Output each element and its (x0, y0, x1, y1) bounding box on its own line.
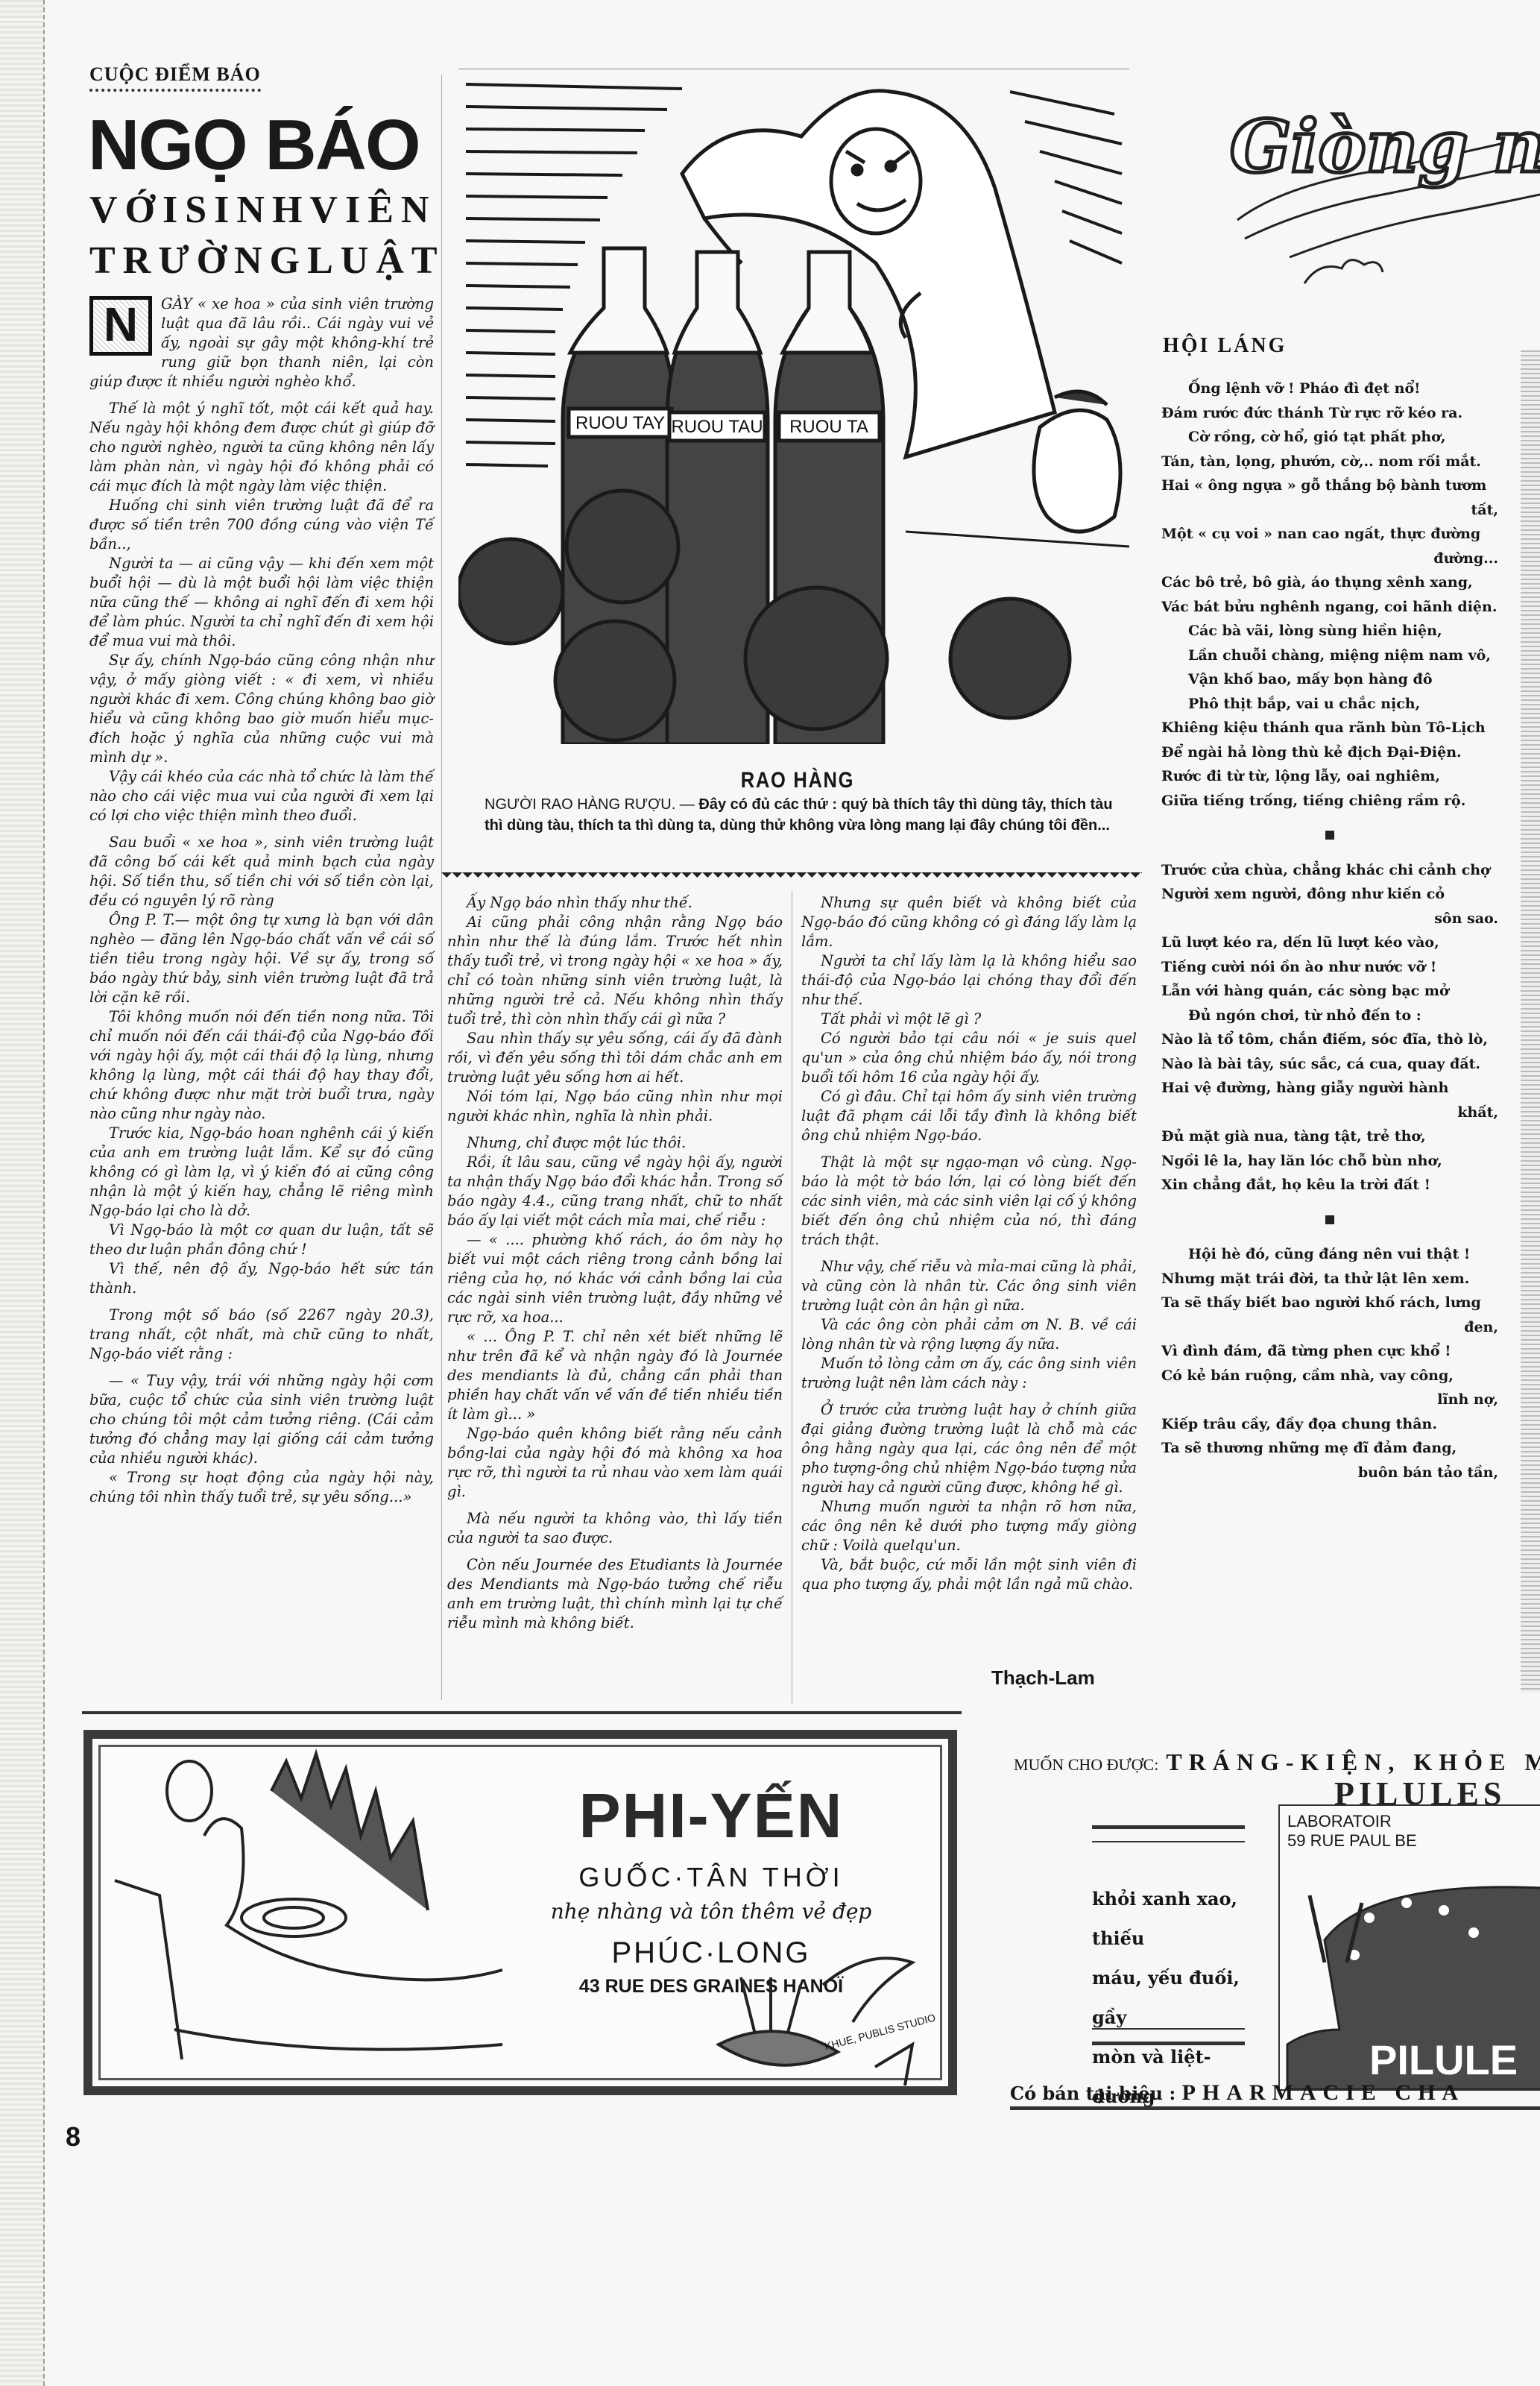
square-ornament-icon (1325, 831, 1334, 840)
subhead-word: LUẬT (307, 239, 444, 283)
column-divider (441, 75, 442, 1700)
poem-line: Ngồi lê la, hay lăn lóc chỗ bùn nhơ, (1161, 1149, 1498, 1174)
stanza-separator (1161, 823, 1498, 848)
wine-seller-cartoon-drawing: RUOU TAY RUOU TAU RUOU TA (458, 69, 1129, 744)
sold-at-line: Có bán tại hiệu : PHARMACIE CHA (1010, 2080, 1465, 2106)
paragraph: Nhưng sự quên biết và không biết của Ngọ… (801, 893, 1137, 951)
paragraph: Có gì đâu. Chỉ tại hôm ấy sinh viên trườ… (801, 1087, 1137, 1145)
paragraph: Và các ông còn phải cảm ơn N. B. về cái … (801, 1315, 1137, 1354)
ad-bottom-rule (1010, 2106, 1540, 2110)
paragraph: Ở trước cửa trường luật hay ở chính giữa… (801, 1400, 1137, 1497)
lab-name: LABORATOIR (1287, 1812, 1417, 1831)
cartoon-caption: NGƯỜI RAO HÀNG RƯỢU. — Đây có đủ các thứ… (485, 794, 1114, 836)
subhead-word: VIÊN (309, 188, 436, 232)
article-subhead-line-2: TRƯỜNG LUẬT (89, 239, 434, 283)
ad-product-name: GUỐC·TÂN THỜI (510, 1862, 912, 1893)
poem-line: Để ngài hả lòng thù kẻ địch Đại-Điện. (1161, 740, 1498, 765)
poem-line: Cờ rồng, cờ hổ, gió tạt phất phơ, (1161, 425, 1498, 450)
poem-line: Trước cửa chùa, chẳng khác chi cảnh chợ (1161, 858, 1498, 883)
pharmacy-name: PHARMACIE CHA (1182, 2080, 1465, 2105)
poem-title: HỘI LÁNG (1163, 334, 1287, 358)
paragraph: Sự ấy, chính Ngọ-báo cũng công nhận như … (89, 651, 434, 767)
cartoon-title: RAO HÀNG (513, 768, 1083, 793)
poem-line: Đủ mặt già nua, tàng tật, trẻ thơ, (1161, 1124, 1498, 1149)
poem-line: Phô thịt bắp, vai u chắc nịch, (1161, 692, 1498, 717)
drop-cap: N (89, 296, 152, 356)
paragraph: Người ta — ai cũng vậy — khi đến xem một… (89, 554, 434, 651)
poem-line: sôn sao. (1161, 907, 1498, 931)
paragraph: « ... Ông P. T. chỉ nên xét biết những l… (447, 1327, 783, 1424)
pilules-rule-top (1092, 1825, 1245, 1842)
paragraph: Trong một số báo (số 2267 ngày 20.3), tr… (89, 1306, 434, 1364)
poem-line: Vận khố bao, mấy bọn hàng đô (1161, 667, 1498, 692)
paragraph: Nhưng muốn người ta nhận rõ hơn nữa, các… (801, 1497, 1137, 1555)
poem-line: Kiếp trâu cầy, đầy đọa chung thân. (1161, 1412, 1498, 1437)
page-number: 8 (66, 2121, 81, 2153)
paragraph: — « Tuy vậy, trái với những ngày hội cơm… (89, 1371, 434, 1468)
paragraph: Có người bảo tại câu nói « je suis quel … (801, 1029, 1137, 1087)
poem-line: Vì đình đám, đã từng phen cực khổ ! (1161, 1339, 1498, 1364)
paragraph: Và, bắt buộc, cứ mỗi lần một sinh viên đ… (801, 1555, 1137, 1594)
caption-speaker: NGƯỜI RAO HÀNG RƯỢU. — (485, 796, 695, 813)
poem-line: khất, (1161, 1101, 1498, 1125)
paragraph: Rồi, ít lâu sau, cũng về ngày hội ấy, ng… (447, 1153, 783, 1230)
poem-line: Nào là bài tây, súc sắc, cá cua, quay đấ… (1161, 1052, 1498, 1077)
poem-line: Ta sẽ thấy biết bao người khố rách, lưng (1161, 1291, 1498, 1315)
ad-brand-name: PHI-YẾN (525, 1780, 897, 1852)
poem-line: Ta sẽ thương những mẹ đĩ đảm đang, (1161, 1436, 1498, 1461)
poem-line: Đủ ngón chơi, từ nhỏ đến to : (1161, 1004, 1498, 1028)
script-title-lettering: Giòng nước (1222, 89, 1540, 298)
laboratory-text: LABORATOIR 59 RUE PAUL BE (1287, 1812, 1417, 1851)
ad-top-rule (82, 1711, 962, 1714)
bottle-label: RUOU TAU (671, 417, 763, 437)
cartoon-illustration: RUOU TAY RUOU TAU RUOU TA (458, 69, 1129, 744)
poem-line: Lần chuỗi chàng, miệng niệm nam vô, (1161, 643, 1498, 668)
poem-line: Người xem người, đông như kiến cỏ (1161, 882, 1498, 907)
paragraph: Thế là một ý nghĩ tốt, một cái kết quả h… (89, 399, 434, 496)
poem-line: Tán, tàn, lọng, phướn, cờ,.. nom rối mắt… (1161, 450, 1498, 474)
poem-line: Hội hè đó, cũng đáng nên vui thật ! (1161, 1242, 1498, 1267)
poem-line: Nhưng mặt trái đời, ta thử lật lên xem. (1161, 1267, 1498, 1291)
author-byline: Thạch-Lam (991, 1666, 1095, 1690)
paragraph: « Trong sự hoạt động của ngày hội này, c… (89, 1468, 434, 1507)
poem-line: Đám rước đức thánh Từ rực rỡ kéo ra. (1161, 401, 1498, 426)
paragraph: Tất phải vì một lẽ gì ? (801, 1010, 1137, 1029)
pilules-ad-headline: MUỐN CHO ĐƯỢC:TRÁNG-KIỆN, KHỎE MẠ (1014, 1748, 1540, 1776)
pilules-product-box: LABORATOIR 59 RUE PAUL BE PILULE (1278, 1804, 1540, 2091)
paragraph: Tôi không muốn nói đến tiền nong nữa. Tô… (89, 1007, 434, 1124)
bottle-label: RUOU TA (789, 417, 868, 437)
poem-line: Ống lệnh vỡ ! Pháo đì đẹt nổ! (1161, 377, 1498, 401)
poem-line: Lẫn với hàng quán, các sòng bạc mở (1161, 979, 1498, 1004)
flower-swallow-illustration (629, 1955, 927, 2089)
poem-line: đen, (1161, 1315, 1498, 1340)
benefit-line: máu, yếu đuối, gầy (1092, 1958, 1249, 2037)
paragraph: Ông P. T.— một ông tự xưng là bạn với dâ… (89, 910, 434, 1007)
zigzag-divider (441, 872, 1142, 883)
poem-line: buôn bán tảo tần, (1161, 1461, 1498, 1485)
paragraph: Sau nhìn thấy sự yêu sống, cái ấy đã đàn… (447, 1029, 783, 1087)
phi-yen-advertisement: PHI-YẾN GUỐC·TÂN THỜI nhẹ nhàng và tôn t… (83, 1730, 957, 2095)
paragraph: Vì Ngọ-báo là một cơ quan dư luận, tất s… (89, 1221, 434, 1259)
paragraph: Vậy cái khéo của các nhà tổ chức là làm … (89, 767, 434, 825)
ad-tagline: nhẹ nhàng và tôn thêm vẻ đẹp (510, 1899, 912, 1924)
paragraph: Ấy Ngọ báo nhìn thấy như thế. (447, 893, 783, 913)
adjacent-page-edge (1521, 350, 1540, 1693)
left-article-body: NGÀY « xe hoa » của sinh viên trường luậ… (89, 295, 434, 1507)
square-ornament-icon (1325, 1215, 1334, 1224)
bottle-label: RUOU TAY (575, 413, 665, 433)
benefit-line: khỏi xanh xao, thiếu (1092, 1879, 1249, 1958)
poem-line: Rước đi từ từ, lộng lẫy, oai nghiêm, (1161, 764, 1498, 789)
paragraph: Vì thế, nên độ ấy, Ngọ-báo hết sức tán t… (89, 1259, 434, 1298)
paragraph: Nói tóm lại, Ngọ báo cũng nhìn như mọi n… (447, 1087, 783, 1126)
column-divider (792, 891, 792, 1704)
paragraph: Trước kia, Ngọ-báo hoan nghênh cái ý kiế… (89, 1124, 434, 1221)
article-headline: NGỌ BÁO (88, 108, 438, 183)
poem-body: Ống lệnh vỡ ! Pháo đì đẹt nổ!Đám rước đứ… (1161, 377, 1498, 1485)
poem-line: Nào là tổ tôm, chắn điếm, sóc đĩa, thò l… (1161, 1027, 1498, 1052)
pilules-benefit-headline: TRÁNG-KIỆN, KHỎE MẠ (1166, 1748, 1540, 1775)
lab-address: 59 RUE PAUL BE (1287, 1831, 1417, 1851)
deer-illustration: PILULE (1280, 1851, 1540, 2089)
woman-reclining-illustration (100, 1746, 517, 2082)
paragraph: Huống chi sinh viên trường luật đã để ra… (89, 496, 434, 554)
poem-line: Lũ lượt kéo ra, dến lũ lượt kéo vào, (1161, 931, 1498, 955)
subhead-word: VỚI (89, 188, 185, 232)
article-subhead-line-1: VỚI SINH VIÊN (89, 188, 434, 232)
paragraph: Nhưng, chỉ được một lúc thôi. (447, 1133, 783, 1153)
script-title-text: Giòng nước (1230, 104, 1540, 189)
poem-line: Các bà vãi, lòng sùng hiền hiện, (1161, 619, 1498, 643)
paragraph: Ngọ-báo quên không biết rằng nếu cảnh bồ… (447, 1424, 783, 1502)
subhead-word: SINH (185, 188, 309, 232)
poem-line: Các bô trẻ, bô già, áo thụng xênh xang, (1161, 570, 1498, 595)
poem-line: Vác bát bửu nghênh ngang, coi hãnh diện. (1161, 595, 1498, 620)
paragraph: Ai cũng phải công nhận rằng Ngọ báo nhìn… (447, 913, 783, 1029)
middle-column-2: Nhưng sự quên biết và không biết của Ngọ… (801, 893, 1137, 1594)
paragraph: Mà nếu người ta không vào, thì lấy tiền … (447, 1509, 783, 1548)
page-binding-edge (0, 0, 45, 2386)
script-section-title: Giòng nước (1222, 89, 1540, 298)
subhead-word: TRƯỜNG (89, 239, 307, 283)
paragraph: Sau buổi « xe hoa », sinh viên trường lu… (89, 833, 434, 910)
poem-line: Hai « ông ngựa » gỗ thắng bộ bành tươm (1161, 473, 1498, 498)
sold-at-label: Có bán tại hiệu : (1010, 2083, 1175, 2104)
poem-line: Một « cụ voi » nan cao ngất, thực đường (1161, 522, 1498, 547)
poem-line: đường... (1161, 547, 1498, 571)
paragraph: Như vậy, chế riễu và mỉa-mai cũng là phả… (801, 1257, 1137, 1315)
paragraph: Thật là một sự ngạo-mạn vô cùng. Ngọ-báo… (801, 1153, 1137, 1250)
poem-line: Khiêng kiệu thánh qua rãnh bùn Tô-Lịch (1161, 716, 1498, 740)
stanza-separator (1161, 1208, 1498, 1233)
poem-line: Xin chẳng đắt, họ kêu la trời đất ! (1161, 1173, 1498, 1197)
poem-line: tất, (1161, 498, 1498, 523)
poem-line: Hai vệ đường, hàng giẫy người hành (1161, 1076, 1498, 1101)
paragraph: Còn nếu Journée des Etudiants là Journée… (447, 1555, 783, 1633)
middle-column-1: Ấy Ngọ báo nhìn thấy như thế. Ai cũng ph… (447, 893, 783, 1633)
poem-line: Có kẻ bán ruộng, cầm nhà, vay công, (1161, 1364, 1498, 1388)
section-label: CUỘC ĐIỂM BÁO (89, 63, 261, 92)
paragraph: Muốn tỏ lòng cảm ơn ấy, các ông sinh viê… (801, 1354, 1137, 1393)
box-label: PILULE (1369, 2036, 1518, 2083)
pilules-rule-bottom (1092, 2028, 1245, 2045)
paragraph: Người ta chỉ lấy làm lạ là không hiểu sa… (801, 951, 1137, 1010)
paragraph: — « .... phường khố rách, áo ôm này họ b… (447, 1230, 783, 1327)
pilules-intro: MUỐN CHO ĐƯỢC: (1014, 1755, 1158, 1774)
poem-line: lĩnh nợ, (1161, 1388, 1498, 1412)
poem-line: Tiếng cười nói ồn ào như nước vỡ ! (1161, 955, 1498, 980)
poem-line: Giữa tiếng trống, tiếng chiêng rầm rộ. (1161, 789, 1498, 813)
